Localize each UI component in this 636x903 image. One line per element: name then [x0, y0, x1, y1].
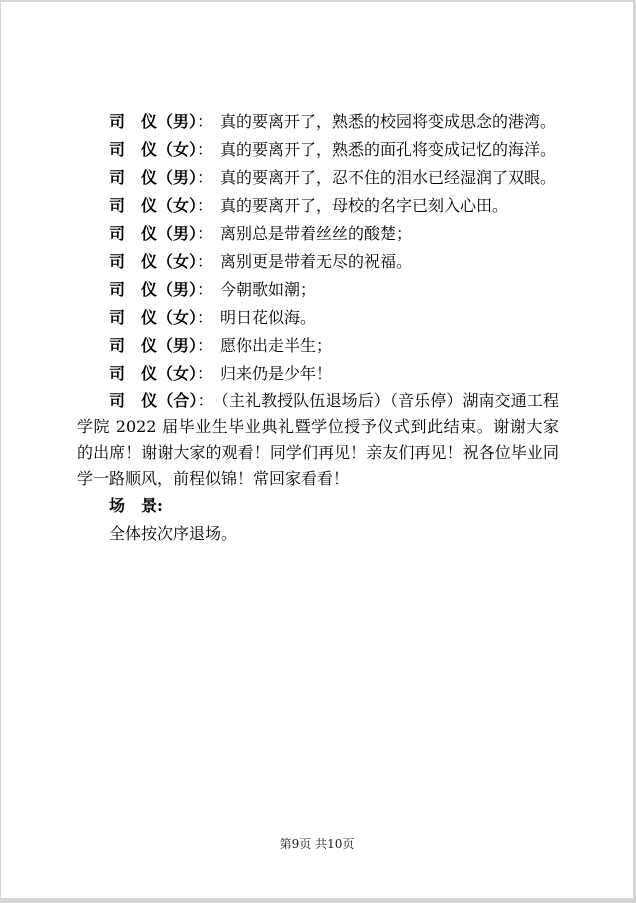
speaker-colon: ：: [197, 224, 213, 243]
dialog-line: 司 仪（女）：真的要离开了，熟悉的面孔将变成记忆的海洋。: [77, 136, 559, 164]
dialog-line: 司 仪（男）：今朝歌如潮；: [77, 276, 559, 304]
scene-heading: 场 景:: [77, 492, 559, 520]
page-footer: 第9页 共10页: [1, 836, 633, 852]
dialog-text: 归来仍是少年！: [220, 364, 332, 383]
speaker-colon: ：: [197, 364, 213, 383]
speaker-colon: ：: [197, 336, 213, 355]
speaker-label: 司 仪（男）: [109, 336, 197, 355]
speaker-label: 司 仪（男）: [109, 112, 197, 131]
dialog-text: 离别总是带着丝丝的酸楚；: [220, 224, 412, 243]
page-number-text: 第9页 共10页: [280, 837, 355, 851]
speaker-label: 司 仪（女）: [109, 196, 197, 215]
speaker-label: 司 仪（女）: [109, 364, 197, 383]
scene-text: 全体按次序退场。: [77, 520, 559, 548]
document-body: 司 仪（男）：真的要离开了，熟悉的校园将变成思念的港湾。 司 仪（女）：真的要离…: [77, 108, 559, 548]
speaker-label: 司 仪（男）: [109, 224, 197, 243]
speaker-colon: ：: [197, 280, 213, 299]
speaker-label: 司 仪（男）: [109, 168, 197, 187]
dialog-line: 司 仪（女）：归来仍是少年！: [77, 360, 559, 388]
dialog-line: 司 仪（男）：真的要离开了，熟悉的校园将变成思念的港湾。: [77, 108, 559, 136]
dialog-text: 真的要离开了，熟悉的校园将变成思念的港湾。: [220, 112, 556, 131]
speaker-label: 司 仪（合）: [109, 391, 198, 410]
dialog-text: 真的要离开了，熟悉的面孔将变成记忆的海洋。: [220, 140, 556, 159]
dialog-line: 司 仪（女）：离别更是带着无尽的祝福。: [77, 248, 559, 276]
scene-colon: :: [157, 496, 163, 515]
dialog-text: 愿你出走半生；: [220, 336, 332, 355]
speaker-colon: ：: [197, 196, 213, 215]
dialog-text: 离别更是带着无尽的祝福。: [220, 252, 412, 271]
speaker-label: 司 仪（女）: [109, 252, 197, 271]
speaker-colon: ：: [197, 168, 213, 187]
dialog-text: 真的要离开了，母校的名字已刻入心田。: [220, 196, 508, 215]
speaker-colon: ：: [197, 112, 213, 131]
dialog-paragraph: 司 仪（合）：（主礼教授队伍退场后）（音乐停）湖南交通工程学院 2022 届毕业…: [77, 388, 559, 492]
dialog-line: 司 仪（男）：愿你出走半生；: [77, 332, 559, 360]
speaker-label: 司 仪（女）: [109, 140, 197, 159]
speaker-label: 司 仪（男）: [109, 280, 197, 299]
speaker-colon: ：: [197, 140, 213, 159]
speaker-colon: ：: [197, 308, 213, 327]
speaker-label: 司 仪（女）: [109, 308, 197, 327]
dialog-line: 司 仪（女）：明日花似海。: [77, 304, 559, 332]
dialog-text: 明日花似海。: [220, 308, 316, 327]
speaker-colon: ：: [198, 391, 214, 410]
dialog-text: 真的要离开了，忍不住的泪水已经湿润了双眼。: [220, 168, 556, 187]
document-page: 司 仪（男）：真的要离开了，熟悉的校园将变成思念的港湾。 司 仪（女）：真的要离…: [1, 2, 633, 898]
scene-label: 场 景: [109, 496, 157, 515]
dialog-line: 司 仪（男）：真的要离开了，忍不住的泪水已经湿润了双眼。: [77, 164, 559, 192]
dialog-text: 今朝歌如潮；: [220, 280, 316, 299]
dialog-line: 司 仪（男）：离别总是带着丝丝的酸楚；: [77, 220, 559, 248]
speaker-colon: ：: [197, 252, 213, 271]
dialog-line: 司 仪（女）：真的要离开了，母校的名字已刻入心田。: [77, 192, 559, 220]
